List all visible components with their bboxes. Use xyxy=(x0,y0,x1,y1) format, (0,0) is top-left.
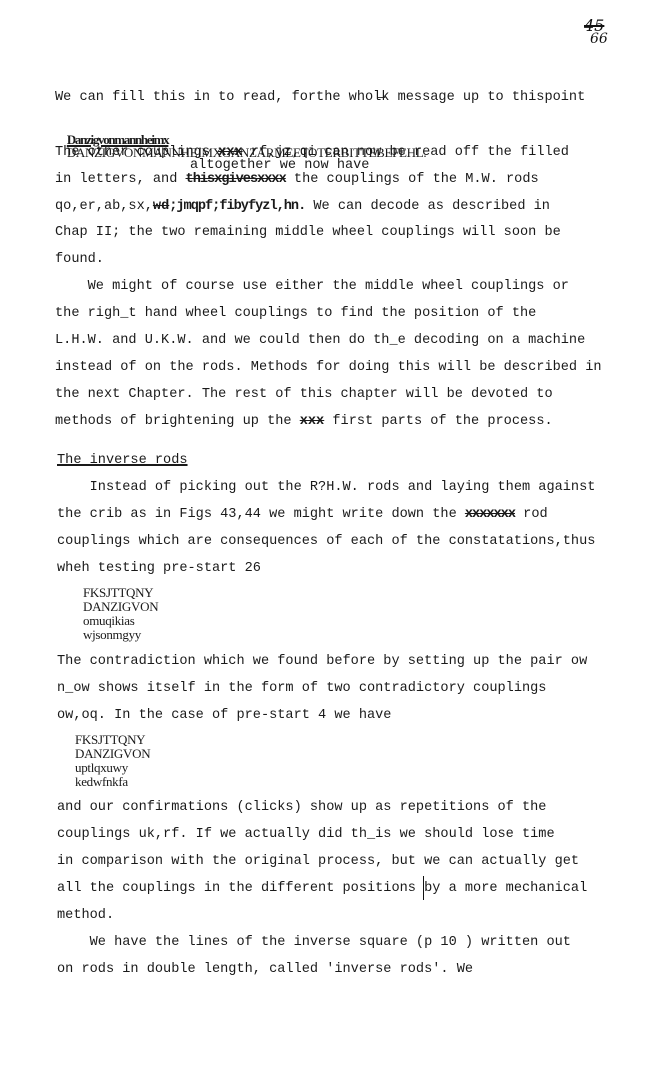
text-line: ow,oq. In the case of pre-start 4 we hav… xyxy=(57,708,391,724)
text-line: found. xyxy=(55,252,104,268)
rod-row: FKSJTTQNY xyxy=(83,586,153,599)
text-run: first parts of the process. xyxy=(324,414,552,429)
text-run: in letters, and xyxy=(55,172,186,187)
insertion-mark xyxy=(423,876,424,900)
text-line: all the couplings in the different posit… xyxy=(57,881,587,897)
text-line: couplings which are consequences of each… xyxy=(57,534,595,550)
text-line: We have the lines of the inverse square … xyxy=(57,935,571,951)
struck-text: thisxgivesxxxx xyxy=(186,172,286,187)
text-line: and our confirmations (clicks) show up a… xyxy=(57,800,546,816)
text-line: in letters, and thisxgivesxxxx the coupl… xyxy=(55,172,539,188)
text-line: methods of brightening up the xxx first … xyxy=(55,414,553,430)
struck-text: wd xyxy=(153,199,169,214)
struck-text: xxx xyxy=(300,414,324,429)
text-run: the couplings of the M.W. rods xyxy=(286,172,539,187)
text-run: We can decode as described in xyxy=(305,199,550,214)
text-line: the next Chapter. The rest of this chapt… xyxy=(55,387,553,403)
text-line: on rods in double length, called 'invers… xyxy=(57,962,473,978)
text-run: methods of brightening up the xyxy=(55,414,300,429)
text-run: rod xyxy=(515,507,548,522)
text-line: Chap II; the two remaining middle wheel … xyxy=(55,225,561,241)
text-line: qo,er,ab,sx,wd;jmqpf;fibyfyzl,hn. We can… xyxy=(55,199,550,215)
text-run: qo,er,ab,sx, xyxy=(55,199,153,214)
rod-row: DANZIGVON xyxy=(83,600,158,613)
text-line: L.H.W. and U.K.W. and we could then do t… xyxy=(55,333,585,349)
rod-row: DANZIGVON xyxy=(75,747,150,760)
text-line: n_ow shows itself in the form of two con… xyxy=(57,681,546,697)
text-run: the crib as in Figs 43,44 we might write… xyxy=(57,507,465,522)
text-line: The contradiction which we found before … xyxy=(57,654,587,670)
text-line: the crib as in Figs 43,44 we might write… xyxy=(57,507,548,523)
page-number: 66 xyxy=(590,31,608,47)
overtyped-text: ;jmqpf;fibyfyzl,hn. xyxy=(169,199,305,214)
text-line: couplings uk,rf. If we actually did th_i… xyxy=(57,827,555,843)
text-line: wheh testing pre-start 26 xyxy=(57,561,261,577)
text-line: the righ_t hand wheel couplings to find … xyxy=(55,306,536,322)
section-heading: The inverse rods xyxy=(57,453,188,469)
text-line: We can fill this in to read, forthe whol… xyxy=(55,90,585,106)
struck-text: xxxxxxx xyxy=(465,507,515,522)
text-line: method. xyxy=(57,908,114,924)
rod-row: FKSJTTQNY xyxy=(75,733,145,746)
rod-row: omuqikias xyxy=(83,614,134,627)
rod-row: kedwfnkfa xyxy=(75,775,128,788)
text-line: in comparison with the original process,… xyxy=(57,854,579,870)
rod-row: wjsonmgyy xyxy=(83,628,141,641)
text-line: instead of on the rods. Methods for doin… xyxy=(55,360,602,376)
rod-row: uptlqxuwy xyxy=(75,761,128,774)
text-line: We might of course use either the middle… xyxy=(55,279,569,295)
document-page: 45 66 We can fill this in to read, forth… xyxy=(0,0,650,1080)
text-line: Instead of picking out the R?H.W. rods a… xyxy=(57,480,595,496)
